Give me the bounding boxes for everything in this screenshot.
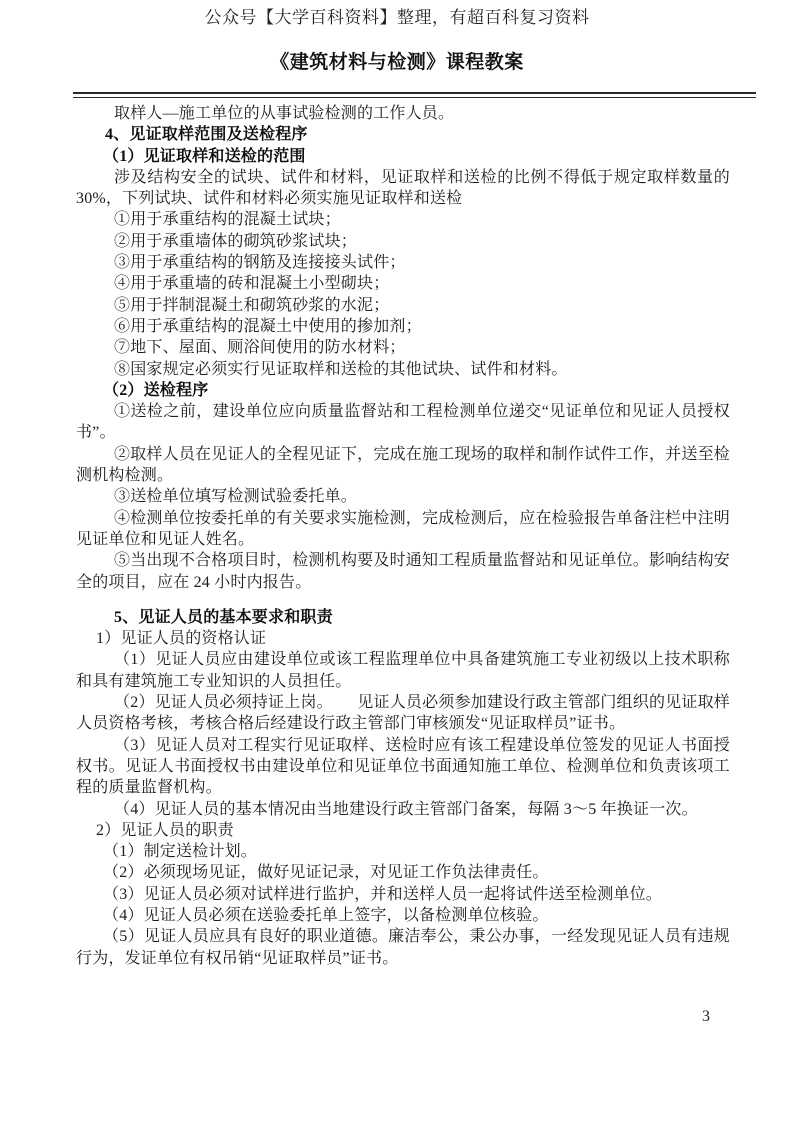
paragraph: （5）见证人员应具有良好的职业道德。廉洁奉公，秉公办事，一经发现见证人员有违规行… <box>76 926 730 969</box>
paragraph: ①用于承重结构的混凝土试块； <box>76 209 730 230</box>
paragraph: ④检测单位按委托单的有关要求实施检测，完成检测后，应在检验报告单备注栏中注明见证… <box>76 508 730 551</box>
paragraph: ④用于承重墙的砖和混凝土小型砌块； <box>76 273 730 294</box>
paragraph: ⑤当出现不合格项目时，检测机构要及时通知工程质量监督站和见证单位。影响结构安全的… <box>76 550 730 593</box>
paragraph: ⑤用于拌制混凝土和砌筑砂浆的水泥； <box>76 295 730 316</box>
paragraph: 2）见证人员的职责 <box>76 820 730 841</box>
paragraph: （2）送检程序 <box>76 380 730 401</box>
paragraph: ③用于承重结构的钢筋及连接接头试件； <box>76 252 730 273</box>
paragraph: （3）见证人员必须对试样进行监护，并和送样人员一起将试件送至检测单位。 <box>76 884 730 905</box>
paragraph: （1）制定送检计划。 <box>76 841 730 862</box>
blank-line <box>76 593 730 607</box>
document-body: 取样人—施工单位的从事试验检测的工作人员。4、见证取样范围及送检程序（1）见证取… <box>0 98 794 969</box>
paragraph: 5、见证人员的基本要求和职责 <box>76 607 730 628</box>
paragraph: 取样人—施工单位的从事试验检测的工作人员。 <box>76 103 730 124</box>
paragraph: ①送检之前，建设单位应向质量监督站和工程检测单位递交“见证单位和见证人员授权书”… <box>76 401 730 444</box>
paragraph: （2）必须现场见证，做好见证记录，对见证工作负法律责任。 <box>76 862 730 883</box>
paragraph: （4）见证人员必须在送验委托单上签字，以备检测单位核验。 <box>76 905 730 926</box>
paragraph: ⑧国家规定必须实行见证取样和送检的其他试块、试件和材料。 <box>76 359 730 380</box>
document-page: 公众号【大学百科资料】整理，有超百科复习资料 《建筑材料与检测》课程教案 取样人… <box>0 0 794 1122</box>
paragraph: （1）见证取样和送检的范围 <box>76 146 730 167</box>
paragraph: （1）见证人员应由建设单位或该工程监理单位中具备建筑施工专业初级以上技术职称和具… <box>76 649 730 692</box>
paragraph: ⑦地下、屋面、厕浴间使用的防水材料； <box>76 337 730 358</box>
paragraph: ③送检单位填写检测试验委托单。 <box>76 486 730 507</box>
header-note: 公众号【大学百科资料】整理，有超百科复习资料 <box>0 0 794 29</box>
paragraph: （4）见证人员的基本情况由当地建设行政主管部门备案，每隔 3～5 年换证一次。 <box>76 799 730 820</box>
paragraph: 涉及结构安全的试块、试件和材料，见证取样和送检的比例不得低于规定取样数量的30%… <box>76 167 730 210</box>
paragraph: （2）见证人员必须持证上岗。 见证人员必须参加建设行政主管部门组织的见证取样人员… <box>76 692 730 735</box>
paragraph: （3）见证人员对工程实行见证取样、送检时应有该工程建设单位签发的见证人书面授权书… <box>76 735 730 799</box>
page-number: 3 <box>702 1008 710 1026</box>
paragraph: ⑥用于承重结构的混凝土中使用的掺加剂； <box>76 316 730 337</box>
paragraph: 1）见证人员的资格认证 <box>76 628 730 649</box>
paragraph: 4、见证取样范围及送检程序 <box>76 124 730 145</box>
paragraph: ②取样人员在见证人的全程见证下，完成在施工现场的取样和制作试件工作，并送至检测机… <box>76 444 730 487</box>
document-title: 《建筑材料与检测》课程教案 <box>0 51 794 75</box>
paragraph: ②用于承重墙体的砌筑砂浆试块； <box>76 231 730 252</box>
